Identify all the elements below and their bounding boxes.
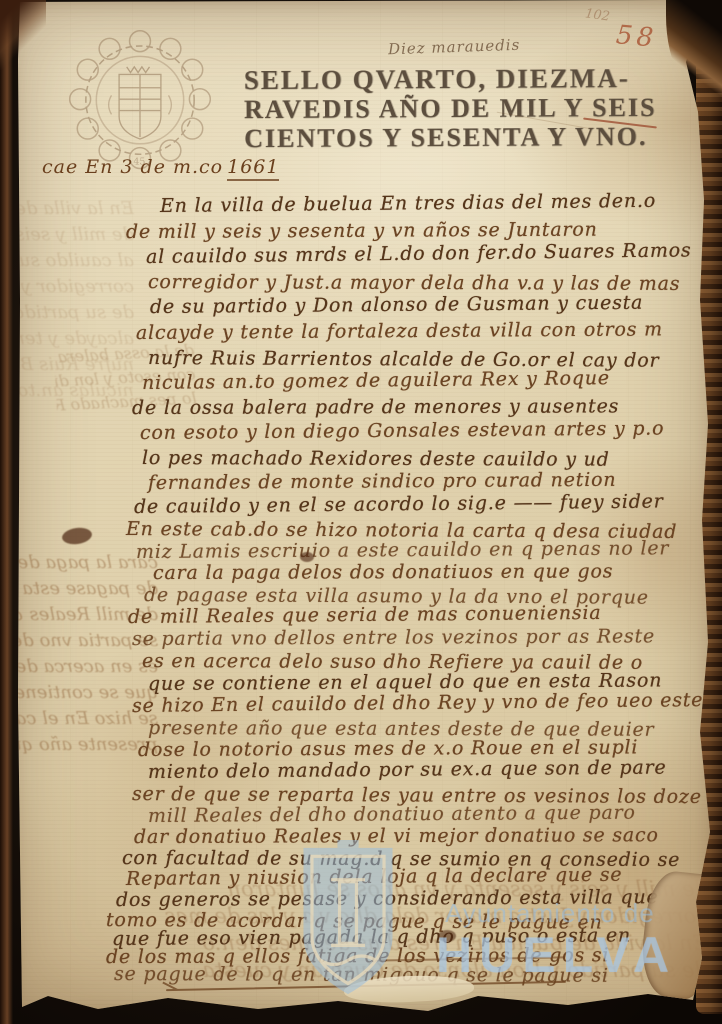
manuscript-line: se partia vno dellos entre los vezinos p…: [132, 625, 655, 650]
manuscript-line: de cauildo y en el se acordo lo sig.e ——…: [134, 490, 664, 518]
manuscript-line: lo pes machado Rexidores deste cauildo y…: [142, 447, 610, 471]
manuscript-page: 45 Diez marauedis SELLO QVARTO, DIEZMA- …: [8, 0, 714, 1016]
ink-blot: [300, 552, 314, 562]
manuscript-line: miz Lamis escriuio a este cauildo en q p…: [136, 537, 669, 563]
manuscript-line: dar donatiuo Reales y el vi mejor donati…: [134, 824, 659, 848]
manuscript-line: miento delo mandado por su ex.a que son …: [148, 756, 667, 783]
manuscript-line: con esoto y lon diego Gonsales estevan a…: [140, 417, 665, 444]
manuscript-line: de mill y seis y sesenta y vn años se Ju…: [126, 219, 598, 243]
manuscript-line: se hizo En el cauildo del dho Rey y vno …: [132, 689, 704, 717]
manuscript-line: de mill Reales que seria de mas conuenie…: [128, 602, 602, 628]
manuscript-line: mill Reales del dho donatiuo atento a qu…: [148, 802, 636, 827]
photo-backdrop: 45 Diez marauedis SELLO QVARTO, DIEZMA- …: [0, 0, 722, 1024]
manuscript-line: En la villa de buelua En tres dias del m…: [160, 190, 656, 217]
manuscript-line: al cauildo sus mrds el L.do don fer.do S…: [146, 239, 692, 268]
manuscript-line: fernandes de monte sindico pro curad net…: [148, 469, 616, 494]
ink-blot: [438, 930, 456, 942]
page-corner-shadow: [0, 0, 46, 70]
manuscript-line: de su partido y Don alonso de Gusman y c…: [150, 292, 643, 318]
manuscript-line: de la ossa balera padre de menores y aus…: [132, 395, 619, 419]
manuscript-text: En la villa de buelua En tres dias del m…: [8, 0, 714, 1016]
manuscript-line: dos generos se pesase y considerando est…: [116, 886, 659, 911]
manuscript-line: niculas an.to gomez de aguilera Rex y Ro…: [142, 367, 610, 394]
binding-edge: [0, 0, 13, 1024]
manuscript-line: cara la paga delos dos donatiuos en que …: [153, 560, 613, 584]
manuscript-line: alcayde y tente la fortaleza desta villa…: [136, 318, 663, 344]
